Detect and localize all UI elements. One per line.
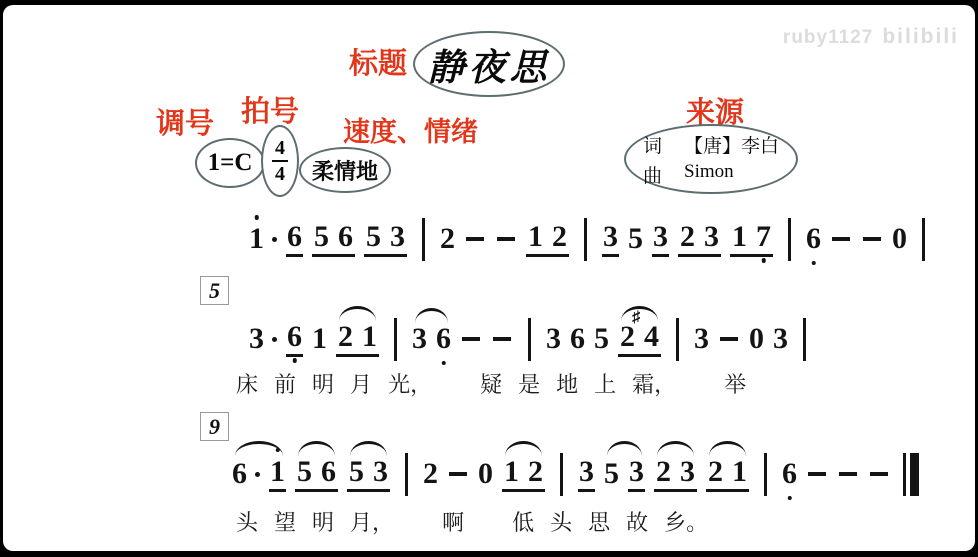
lyric-syllable: 上 <box>594 368 616 399</box>
note: 1 <box>312 324 327 354</box>
beam-group: 12 <box>526 222 569 257</box>
note: 6 <box>286 222 303 257</box>
score-line-1: 165653212353231760 <box>249 211 931 267</box>
note: 2 <box>680 222 695 252</box>
lyric-syllable: 疑 <box>480 368 502 399</box>
note-digit: 6 <box>782 459 797 489</box>
note-digit: 5 <box>349 457 364 487</box>
sharp-icon: ♯ <box>632 310 640 326</box>
note: 3 <box>546 324 561 354</box>
note: 5 <box>594 324 609 354</box>
note: 3 <box>412 324 427 354</box>
note-digit: 0 <box>749 324 764 354</box>
beam-group: 56 <box>295 457 338 492</box>
lyric-syllable: 月， <box>350 506 394 537</box>
duration-dash-icon <box>462 337 480 341</box>
key-signature-ellipse: 1=C <box>195 138 265 188</box>
lyric-syllable: 低 <box>512 506 534 537</box>
beam-group: 12 <box>502 457 545 492</box>
barline <box>922 218 925 261</box>
time-signature-denominator: 4 <box>275 164 285 184</box>
time-signature-fraction-line <box>272 160 288 163</box>
duration-dash-icon <box>497 237 515 241</box>
lyric-syllable: 地 <box>556 368 578 399</box>
note-digit: 6 <box>570 324 585 354</box>
slur-group: 53 <box>604 457 645 492</box>
composer-name: Simon <box>684 161 779 188</box>
lyric-syllable: 床 <box>236 368 258 399</box>
tempo-mood: 柔情地 <box>312 155 378 186</box>
time-signature-ellipse: 4 4 <box>261 125 299 197</box>
note-digit: 3 <box>704 222 719 252</box>
note: 3 <box>652 222 669 257</box>
note-digit: 6 <box>338 222 353 252</box>
note-digit: 2 <box>440 224 455 254</box>
barline <box>422 218 425 261</box>
note: 0 <box>892 224 907 254</box>
note-digit: 0 <box>892 224 907 254</box>
note: 2 <box>528 457 543 487</box>
note-digit: 1 <box>312 324 327 354</box>
key-signature: 1=C <box>208 149 253 177</box>
slur-group: 36 <box>412 324 451 354</box>
slur-group: 2♯4 <box>618 322 661 357</box>
lyric-syllable: 明 <box>312 506 334 537</box>
note: 5 <box>314 222 329 252</box>
note-digit: 6 <box>232 459 247 489</box>
note-digit: 6 <box>321 457 336 487</box>
bilibili-logo: bilibili <box>882 25 959 49</box>
augmentation-dot-icon <box>272 337 277 342</box>
lyric-syllable: 月 <box>350 368 372 399</box>
score-page: ruby1127 bilibili 标题 调号 拍号 速度、情绪 来源 静夜思 … <box>3 5 975 551</box>
note: 3 <box>704 222 719 252</box>
note: 2 <box>338 322 353 352</box>
beam-group: 23 <box>654 457 697 492</box>
note-digit: 3 <box>579 457 594 487</box>
note: 1 <box>504 457 519 487</box>
note-digit: 3 <box>629 457 644 487</box>
note: 3 <box>249 324 277 354</box>
note-digit: 5 <box>366 222 381 252</box>
note: 1 <box>528 222 543 252</box>
song-title: 静夜思 <box>428 37 551 91</box>
note-digit: 2 <box>620 322 635 352</box>
barline <box>560 453 563 496</box>
note: 6 <box>338 222 353 252</box>
note: 2 <box>708 457 723 487</box>
note-digit: 5 <box>604 459 619 489</box>
note: 6 <box>782 459 797 489</box>
note-digit: 6 <box>806 224 821 254</box>
duration-dash-icon <box>863 237 881 241</box>
duration-dash-icon <box>493 337 511 341</box>
barline <box>803 318 806 361</box>
duration-dash-icon <box>466 237 484 241</box>
slur-group: 21 <box>336 322 379 357</box>
note-digit: 3 <box>412 324 427 354</box>
lyrics-line-2: 头望明月，啊低头思故乡。 <box>236 506 708 537</box>
barline <box>788 218 791 261</box>
final-barline-thin <box>903 453 906 496</box>
final-barline <box>903 453 919 496</box>
note: 1 <box>732 222 747 252</box>
slur-group: 12 <box>502 457 545 492</box>
note: 2 <box>656 457 671 487</box>
note: ♯4 <box>644 322 659 352</box>
lyric-syllable: 啊 <box>442 506 464 537</box>
lyric-syllable: 明 <box>312 368 334 399</box>
note-digit: 2 <box>423 459 438 489</box>
note: 7 <box>756 222 771 252</box>
lyric-syllable: 是 <box>518 368 540 399</box>
note-digit: 6 <box>436 324 451 354</box>
note: 5 <box>349 457 364 487</box>
note-digit: 3 <box>249 324 264 354</box>
lyric-group: 举 <box>724 368 746 399</box>
note-digit: 2 <box>708 457 723 487</box>
lyric-group: 低头思故乡。 <box>512 506 708 537</box>
note-digit: 5 <box>628 224 643 254</box>
note-digit: 1 <box>362 322 377 352</box>
lyric-syllable: 思 <box>588 506 610 537</box>
title-ellipse: 静夜思 <box>413 31 565 97</box>
beam-group: 23 <box>678 222 721 257</box>
note-digit: 2 <box>338 322 353 352</box>
lyric-syllable: 光， <box>388 368 432 399</box>
barline <box>394 318 397 361</box>
slur-group: 61 <box>232 457 286 492</box>
note: 5 <box>366 222 381 252</box>
lyric-group: 床前明月光， <box>236 368 432 399</box>
note-digit: 1 <box>270 457 285 487</box>
note-digit: 5 <box>314 222 329 252</box>
note-digit: 3 <box>373 457 388 487</box>
slur-group: 23 <box>654 457 697 492</box>
lyric-syllable: 前 <box>274 368 296 399</box>
note: 5 <box>297 457 312 487</box>
note: 6 <box>806 224 821 254</box>
note: 3 <box>694 324 709 354</box>
score-line-2: 36121363652♯4303 <box>249 311 812 367</box>
note: 1 <box>269 457 286 492</box>
note-digit: 6 <box>287 222 302 252</box>
beam-group: 53 <box>364 222 407 257</box>
note: 0 <box>478 459 493 489</box>
duration-dash-icon <box>808 472 826 476</box>
measure-number-5: 5 <box>200 276 229 305</box>
duration-dash-icon <box>720 337 738 341</box>
lyricist-label: 词 <box>643 131 662 158</box>
note-digit: 3 <box>653 222 668 252</box>
note-digit: 3 <box>694 324 709 354</box>
duration-dash-icon <box>832 237 850 241</box>
note-digit: 1 <box>732 222 747 252</box>
time-signature-numerator: 4 <box>275 138 285 158</box>
note: 3 <box>628 457 645 492</box>
score-line-3: 615653201235323216 <box>232 446 919 502</box>
lyric-group: 疑是地上霜， <box>480 368 676 399</box>
note-digit: 5 <box>594 324 609 354</box>
lyric-syllable: 乡。 <box>664 506 708 537</box>
slur-group: 53 <box>347 457 390 492</box>
note-digit: 3 <box>546 324 561 354</box>
note-digit: 2 <box>552 222 567 252</box>
duration-dash-icon <box>870 472 888 476</box>
note: 1 <box>249 224 277 254</box>
note-digit: 1 <box>528 222 543 252</box>
note-digit: 6 <box>287 322 302 352</box>
augmentation-dot-icon <box>255 472 260 477</box>
lyrics-line-1: 床前明月光，疑是地上霜，举 <box>236 368 746 399</box>
annotation-time-label: 拍号 <box>241 97 299 126</box>
note: 5 <box>628 224 643 254</box>
lyric-group: 啊 <box>442 506 464 537</box>
beam-group: 21 <box>336 322 379 357</box>
source-ellipse: 词 【唐】李白 曲 Simon <box>624 124 798 194</box>
note-digit: 3 <box>603 222 618 252</box>
watermark-username: ruby1127 <box>783 27 873 49</box>
barline <box>528 318 531 361</box>
note: 3 <box>390 222 405 252</box>
note: 6 <box>570 324 585 354</box>
slur-group: 21 <box>706 457 749 492</box>
note: 2 <box>620 322 635 352</box>
note-digit: 7 <box>756 222 771 252</box>
note: 3 <box>773 324 788 354</box>
beam-group: 2♯4 <box>618 322 661 357</box>
beam-group: 17 <box>730 222 773 257</box>
note: 2 <box>423 459 438 489</box>
lyricist-name: 【唐】李白 <box>684 131 779 158</box>
note-digit: 2 <box>680 222 695 252</box>
note: 3 <box>578 457 595 492</box>
lyric-group: 头望明月， <box>236 506 394 537</box>
beam-group: 53 <box>347 457 390 492</box>
note: 6 <box>286 322 303 357</box>
lyric-syllable: 望 <box>274 506 296 537</box>
lyric-syllable: 举 <box>724 368 746 399</box>
lyric-syllable: 头 <box>236 506 258 537</box>
tempo-ellipse: 柔情地 <box>299 147 391 193</box>
note-digit: 4 <box>644 322 659 352</box>
note: 2 <box>552 222 567 252</box>
note-digit: 3 <box>773 324 788 354</box>
lyric-syllable: 霜， <box>632 368 676 399</box>
note: 3 <box>373 457 388 487</box>
note: 0 <box>749 324 764 354</box>
note-digit: 3 <box>680 457 695 487</box>
note-digit: 2 <box>656 457 671 487</box>
annotation-title-label: 标题 <box>349 49 407 78</box>
note: 3 <box>680 457 695 487</box>
augmentation-dot-icon <box>272 237 277 242</box>
note: 5 <box>604 459 619 489</box>
beam-group: 56 <box>312 222 355 257</box>
lyric-syllable: 头 <box>550 506 572 537</box>
barline <box>405 453 408 496</box>
annotation-tempo-label: 速度、情绪 <box>343 119 478 146</box>
barline <box>584 218 587 261</box>
note-digit: 3 <box>390 222 405 252</box>
duration-dash-icon <box>449 472 467 476</box>
note-digit: 0 <box>478 459 493 489</box>
annotation-key-label: 调号 <box>156 109 214 138</box>
slur-group: 56 <box>295 457 338 492</box>
lyric-syllable: 故 <box>626 506 648 537</box>
note-digit: 1 <box>249 224 264 254</box>
time-signature: 4 4 <box>272 138 288 184</box>
note-digit: 5 <box>297 457 312 487</box>
barline <box>764 453 767 496</box>
duration-dash-icon <box>839 472 857 476</box>
barline <box>676 318 679 361</box>
note: 1 <box>732 457 747 487</box>
note-digit: 1 <box>732 457 747 487</box>
note: 6 <box>436 324 451 354</box>
final-barline-thick <box>910 453 919 496</box>
source-credits: 词 【唐】李白 曲 Simon <box>643 131 779 188</box>
note: 6 <box>232 459 260 489</box>
note: 3 <box>602 222 619 257</box>
note: 6 <box>321 457 336 487</box>
annotation-source-label: 来源 <box>686 98 744 127</box>
measure-number-9: 9 <box>200 412 229 441</box>
composer-label: 曲 <box>643 161 662 188</box>
watermark: ruby1127 bilibili <box>783 25 959 49</box>
note-digit: 2 <box>528 457 543 487</box>
note-digit: 1 <box>504 457 519 487</box>
note: 2 <box>440 224 455 254</box>
beam-group: 21 <box>706 457 749 492</box>
note: 1 <box>362 322 377 352</box>
